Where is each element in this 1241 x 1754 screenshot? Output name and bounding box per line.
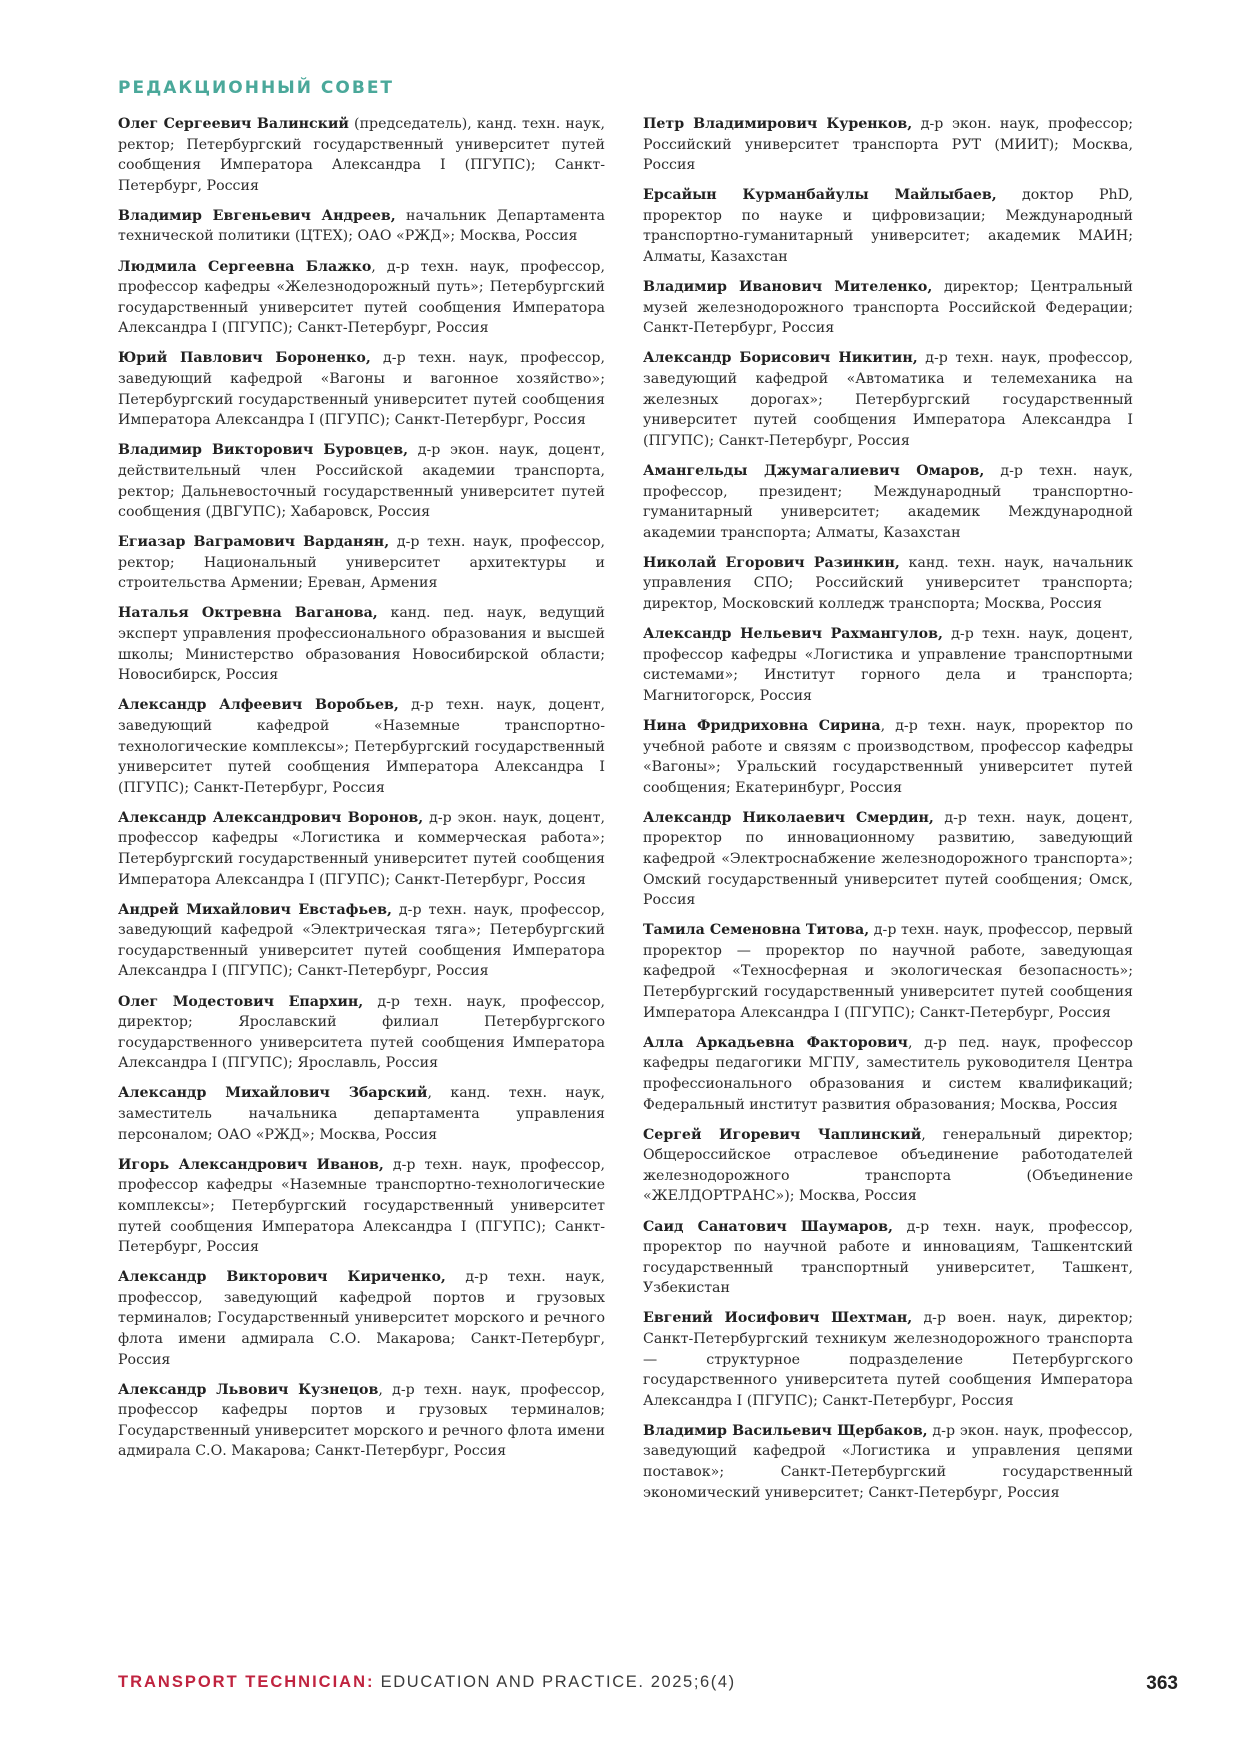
journal-page: РЕДАКЦИОННЫЙ СОВЕТ Олег Сергеевич Валинс… xyxy=(0,0,1241,1754)
board-member-entry: Александр Алфеевич Воробьев, д-р техн. н… xyxy=(118,695,605,798)
member-name: Владимир Иванович Мителенко, xyxy=(643,279,932,295)
board-member-entry: Александр Львович Кузнецов, д-р техн. на… xyxy=(118,1380,605,1462)
board-member-entry: Владимир Васильевич Щербаков, д-р экон. … xyxy=(643,1421,1133,1503)
section-title: РЕДАКЦИОННЫЙ СОВЕТ xyxy=(118,78,394,98)
member-name: Андрей Михайлович Евстафьев, xyxy=(118,902,392,918)
board-member-entry: Амангельды Джумагалиевич Омаров, д-р тех… xyxy=(643,461,1133,543)
member-name: Алла Аркадьевна Факторович xyxy=(643,1035,908,1051)
member-name: Наталья Октревна Ваганова, xyxy=(118,605,378,621)
member-name: Александр Викторович Кириченко, xyxy=(118,1269,446,1285)
member-name: Владимир Евгеньевич Андреев, xyxy=(118,208,396,224)
board-member-entry: Александр Михайлович Збарский, канд. тех… xyxy=(118,1083,605,1145)
board-member-entry: Александр Викторович Кириченко, д-р техн… xyxy=(118,1267,605,1370)
board-member-entry: Егиазар Ваграмович Варданян, д-р техн. н… xyxy=(118,532,605,594)
member-name: Петр Владимирович Куренков, xyxy=(643,116,912,132)
board-member-entry: Тамила Семеновна Титова, д-р техн. наук,… xyxy=(643,920,1133,1023)
page-footer: TRANSPORT TECHNICIAN: EDUCATION AND PRAC… xyxy=(118,1673,1178,1701)
page-number: 363 xyxy=(1146,1673,1178,1695)
member-name: Александр Борисович Никитин, xyxy=(643,350,918,366)
board-member-entry: Александр Александрович Воронов, д-р эко… xyxy=(118,808,605,890)
member-name: Александр Львович Кузнецов xyxy=(118,1382,378,1398)
board-member-entry: Владимир Викторович Буровцев, д-р экон. … xyxy=(118,440,605,522)
board-member-entry: Петр Владимирович Куренков, д-р экон. на… xyxy=(643,114,1133,176)
board-member-entry: Александр Нельевич Рахмангулов, д-р техн… xyxy=(643,624,1133,706)
member-name: Владимир Васильевич Щербаков, xyxy=(643,1423,928,1439)
board-member-entry: Олег Сергеевич Валинский (председатель),… xyxy=(118,114,605,196)
member-name: Саид Санатович Шаумаров, xyxy=(643,1219,893,1235)
member-name: Людмила Сергеевна Блажко xyxy=(118,259,371,275)
member-name: Егиазар Ваграмович Варданян, xyxy=(118,534,389,550)
board-member-entry: Олег Модестович Епархин, д-р техн. наук,… xyxy=(118,992,605,1074)
member-name: Александр Алфеевич Воробьев, xyxy=(118,697,399,713)
board-member-entry: Евгений Иосифович Шехтман, д-р воен. нау… xyxy=(643,1308,1133,1411)
member-name: Юрий Павлович Бороненко, xyxy=(118,350,371,366)
board-member-entry: Алла Аркадьевна Факторович, д-р пед. нау… xyxy=(643,1033,1133,1115)
board-member-entry: Ерсайын Курманбайулы Майлыбаев, доктор P… xyxy=(643,185,1133,267)
board-member-entry: Владимир Евгеньевич Андреев, начальник Д… xyxy=(118,206,605,247)
left-column: Олег Сергеевич Валинский (председатель),… xyxy=(118,114,605,1472)
board-member-entry: Андрей Михайлович Евстафьев, д-р техн. н… xyxy=(118,900,605,982)
member-name: Нина Фридриховна Сирина xyxy=(643,718,881,734)
member-name: Сергей Игоревич Чаплинский xyxy=(643,1127,921,1143)
member-name: Олег Сергеевич Валинский xyxy=(118,116,349,132)
member-name: Николай Егорович Разинкин, xyxy=(643,555,900,571)
board-member-entry: Сергей Игоревич Чаплинский, генеральный … xyxy=(643,1125,1133,1207)
board-member-entry: Людмила Сергеевна Блажко, д-р техн. наук… xyxy=(118,257,605,339)
member-name: Тамила Семеновна Титова, xyxy=(643,922,869,938)
member-name: Александр Николаевич Смердин, xyxy=(643,810,934,826)
right-column: Петр Владимирович Куренков, д-р экон. на… xyxy=(643,114,1133,1513)
member-name: Олег Модестович Епархин, xyxy=(118,994,363,1010)
board-member-entry: Юрий Павлович Бороненко, д-р техн. наук,… xyxy=(118,348,605,430)
member-name: Евгений Иосифович Шехтман, xyxy=(643,1310,912,1326)
board-member-entry: Владимир Иванович Мителенко, директор; Ц… xyxy=(643,277,1133,339)
member-name: Александр Нельевич Рахмангулов, xyxy=(643,626,943,642)
board-member-entry: Александр Борисович Никитин, д-р техн. н… xyxy=(643,348,1133,451)
member-name: Александр Михайлович Збарский xyxy=(118,1085,427,1101)
member-name: Александр Александрович Воронов, xyxy=(118,810,423,826)
member-name: Амангельды Джумагалиевич Омаров, xyxy=(643,463,984,479)
board-member-entry: Николай Егорович Разинкин, канд. техн. н… xyxy=(643,553,1133,615)
member-name: Игорь Александрович Иванов, xyxy=(118,1157,384,1173)
board-member-entry: Саид Санатович Шаумаров, д-р техн. наук,… xyxy=(643,1217,1133,1299)
board-member-entry: Александр Николаевич Смердин, д-р техн. … xyxy=(643,808,1133,911)
board-member-entry: Игорь Александрович Иванов, д-р техн. на… xyxy=(118,1155,605,1258)
board-member-entry: Наталья Октревна Ваганова, канд. пед. на… xyxy=(118,603,605,685)
member-name: Владимир Викторович Буровцев, xyxy=(118,442,408,458)
journal-name: TRANSPORT TECHNICIAN: xyxy=(118,1673,375,1691)
journal-issue: EDUCATION AND PRACTICE. 2025;6(4) xyxy=(375,1673,736,1691)
member-name: Ерсайын Курманбайулы Майлыбаев, xyxy=(643,187,997,203)
board-member-entry: Нина Фридриховна Сирина, д-р техн. наук,… xyxy=(643,716,1133,798)
